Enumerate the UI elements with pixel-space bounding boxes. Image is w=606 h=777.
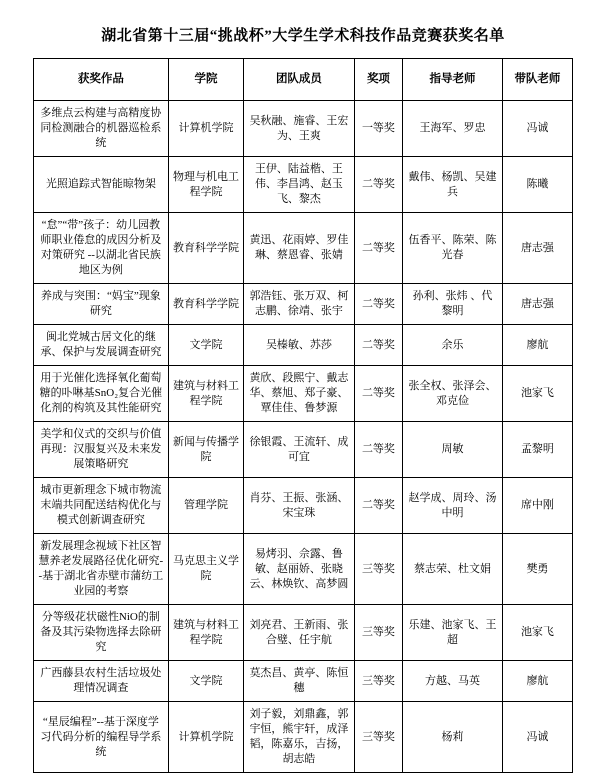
cell-award: 二等奖 — [354, 284, 403, 325]
table-row: 分等级花状磁性NiO的制备及其污染物选择去除研究 建筑与材料工程学院 刘亮君、王… — [34, 605, 573, 661]
cell-college: 文学院 — [168, 661, 243, 702]
cell-leader: 樊勇 — [502, 534, 572, 605]
cell-college: 新闻与传播学院 — [168, 422, 243, 478]
cell-work: 养成与突围：“妈宝”现象研究 — [34, 284, 169, 325]
cell-members: 黄迅、花雨婷、罗佳琳、蔡恩睿、张婧 — [244, 213, 354, 284]
table-row: 用于光催化选择氧化葡萄糖的卟啉基SnO₂复合光催化剂的构筑及其性能研究 建筑与材… — [34, 366, 573, 422]
cell-award: 二等奖 — [354, 422, 403, 478]
table-row: 光照追踪式智能晾物架 物理与机电工程学院 王伊、陆益楷、王伟、李昌鸿、赵玉飞、黎… — [34, 157, 573, 213]
cell-leader: 冯诚 — [502, 101, 572, 157]
cell-work: 城市更新理念下城市物流末端共同配送结构优化与模式创新调查研究 — [34, 478, 169, 534]
cell-members: 吴秋融、施睿、王宏为、王爽 — [244, 101, 354, 157]
cell-college: 计算机学院 — [168, 702, 243, 773]
cell-award: 三等奖 — [354, 534, 403, 605]
cell-leader: 廖航 — [502, 325, 572, 366]
page-title: 湖北省第十三届“挑战杯”大学生学术科技作品竞赛获奖名单 — [0, 24, 606, 45]
cell-college: 管理学院 — [168, 478, 243, 534]
table-row: 养成与突围：“妈宝”现象研究 教育科学学院 郭浩钰、张万双、柯志鹏、徐靖、张宇 … — [34, 284, 573, 325]
cell-members: 徐银霞、王流轩、成可宜 — [244, 422, 354, 478]
cell-members: 肖芬、王振、张涵、宋宝珠 — [244, 478, 354, 534]
table-header-row: 获奖作品 学院 团队成员 奖项 指导老师 带队老师 — [34, 59, 573, 101]
col-header-college: 学院 — [168, 59, 243, 101]
cell-leader: 孟黎明 — [502, 422, 572, 478]
cell-leader: 冯诚 — [502, 702, 572, 773]
col-header-leader: 带队老师 — [502, 59, 572, 101]
table-row: 闽北党城古居文化的继承、保护与发展调查研究 文学院 吴榛敏、苏莎 二等奖 余乐 … — [34, 325, 573, 366]
cell-work: 美学和仪式的交织与价值再现：汉服复兴及未来发展策略研究 — [34, 422, 169, 478]
cell-award: 二等奖 — [354, 478, 403, 534]
cell-advisors: 伍香平、陈荣、陈光春 — [403, 213, 503, 284]
table-row: 新发展理念视域下社区智慧养老发展路径优化研究--基于湖北省赤壁市蒲纺工业园的考察… — [34, 534, 573, 605]
cell-advisors: 方越、马英 — [403, 661, 503, 702]
cell-advisors: 杨莉 — [403, 702, 503, 773]
cell-award: 一等奖 — [354, 101, 403, 157]
cell-advisors: 王海军、罗忠 — [403, 101, 503, 157]
document-page: 湖北省第十三届“挑战杯”大学生学术科技作品竞赛获奖名单 获奖作品 学院 团队成员… — [0, 0, 606, 773]
cell-college: 物理与机电工程学院 — [168, 157, 243, 213]
cell-advisors: 余乐 — [403, 325, 503, 366]
table-row: “怠”“带”孩子：幼儿园教师职业倦怠的成因分析及对策研究 --以湖北省民族地区为… — [34, 213, 573, 284]
cell-advisors: 乐建、池家飞、王超 — [403, 605, 503, 661]
table-row: 城市更新理念下城市物流末端共同配送结构优化与模式创新调查研究 管理学院 肖芬、王… — [34, 478, 573, 534]
cell-award: 二等奖 — [354, 325, 403, 366]
cell-award: 二等奖 — [354, 213, 403, 284]
cell-work: 新发展理念视域下社区智慧养老发展路径优化研究--基于湖北省赤壁市蒲纺工业园的考察 — [34, 534, 169, 605]
cell-work: 分等级花状磁性NiO的制备及其污染物选择去除研究 — [34, 605, 169, 661]
cell-work: 光照追踪式智能晾物架 — [34, 157, 169, 213]
col-header-work: 获奖作品 — [34, 59, 169, 101]
cell-college: 马克思主义学院 — [168, 534, 243, 605]
cell-advisors: 戴伟、杨凯、吴建兵 — [403, 157, 503, 213]
table-row: 广西藤县农村生活垃圾处理情况调查 文学院 莫杰昌、黄亭、陈恒穗 三等奖 方越、马… — [34, 661, 573, 702]
cell-advisors: 蔡志荣、杜文娟 — [403, 534, 503, 605]
cell-members: 郭浩钰、张万双、柯志鹏、徐靖、张宇 — [244, 284, 354, 325]
cell-members: 刘子毅，刘鼎鑫，郭宇恒，熊宇轩，成泽韬，陈嘉乐，吉扬，胡志皓 — [244, 702, 354, 773]
cell-advisors: 张全权、张泽会、邓克俭 — [403, 366, 503, 422]
cell-advisors: 孙利、张炜 、代黎明 — [403, 284, 503, 325]
cell-advisors: 周敏 — [403, 422, 503, 478]
cell-college: 教育科学学院 — [168, 284, 243, 325]
cell-leader: 廖航 — [502, 661, 572, 702]
col-header-advisors: 指导老师 — [403, 59, 503, 101]
cell-leader: 陈曦 — [502, 157, 572, 213]
cell-award: 三等奖 — [354, 605, 403, 661]
cell-leader: 唐志强 — [502, 284, 572, 325]
col-header-members: 团队成员 — [244, 59, 354, 101]
cell-leader: 席中刚 — [502, 478, 572, 534]
cell-members: 黄欣、段熙宁、戴志华、蔡旭、郑子豪、覃佳佳、鲁梦源 — [244, 366, 354, 422]
award-table: 获奖作品 学院 团队成员 奖项 指导老师 带队老师 多维点云构建与高精度协同检测… — [33, 58, 573, 773]
cell-members: 吴榛敏、苏莎 — [244, 325, 354, 366]
table-row: “星辰编程”--基于深度学习代码分析的编程导学系统 计算机学院 刘子毅，刘鼎鑫，… — [34, 702, 573, 773]
cell-work: “星辰编程”--基于深度学习代码分析的编程导学系统 — [34, 702, 169, 773]
cell-members: 刘亮君、王新雨、张合璧、任宇航 — [244, 605, 354, 661]
cell-leader: 唐志强 — [502, 213, 572, 284]
cell-members: 易烤羽、佘露、鲁敏、赵丽娇、张晓云、林焕钦、高梦圆 — [244, 534, 354, 605]
cell-award: 二等奖 — [354, 366, 403, 422]
cell-award: 二等奖 — [354, 157, 403, 213]
cell-college: 教育科学学院 — [168, 213, 243, 284]
cell-work: 闽北党城古居文化的继承、保护与发展调查研究 — [34, 325, 169, 366]
cell-award: 三等奖 — [354, 661, 403, 702]
cell-work: “怠”“带”孩子：幼儿园教师职业倦怠的成因分析及对策研究 --以湖北省民族地区为… — [34, 213, 169, 284]
cell-leader: 池家飞 — [502, 605, 572, 661]
cell-work: 多维点云构建与高精度协同检测融合的机器巡检系统 — [34, 101, 169, 157]
table-row: 多维点云构建与高精度协同检测融合的机器巡检系统 计算机学院 吴秋融、施睿、王宏为… — [34, 101, 573, 157]
cell-members: 王伊、陆益楷、王伟、李昌鸿、赵玉飞、黎杰 — [244, 157, 354, 213]
col-header-award: 奖项 — [354, 59, 403, 101]
cell-work: 用于光催化选择氧化葡萄糖的卟啉基SnO₂复合光催化剂的构筑及其性能研究 — [34, 366, 169, 422]
table-row: 美学和仪式的交织与价值再现：汉服复兴及未来发展策略研究 新闻与传播学院 徐银霞、… — [34, 422, 573, 478]
cell-award: 三等奖 — [354, 702, 403, 773]
cell-work: 广西藤县农村生活垃圾处理情况调查 — [34, 661, 169, 702]
cell-advisors: 赵学成、周玲、汤中明 — [403, 478, 503, 534]
cell-leader: 池家飞 — [502, 366, 572, 422]
cell-college: 文学院 — [168, 325, 243, 366]
cell-college: 建筑与材料工程学院 — [168, 605, 243, 661]
cell-college: 建筑与材料工程学院 — [168, 366, 243, 422]
cell-college: 计算机学院 — [168, 101, 243, 157]
cell-members: 莫杰昌、黄亭、陈恒穗 — [244, 661, 354, 702]
